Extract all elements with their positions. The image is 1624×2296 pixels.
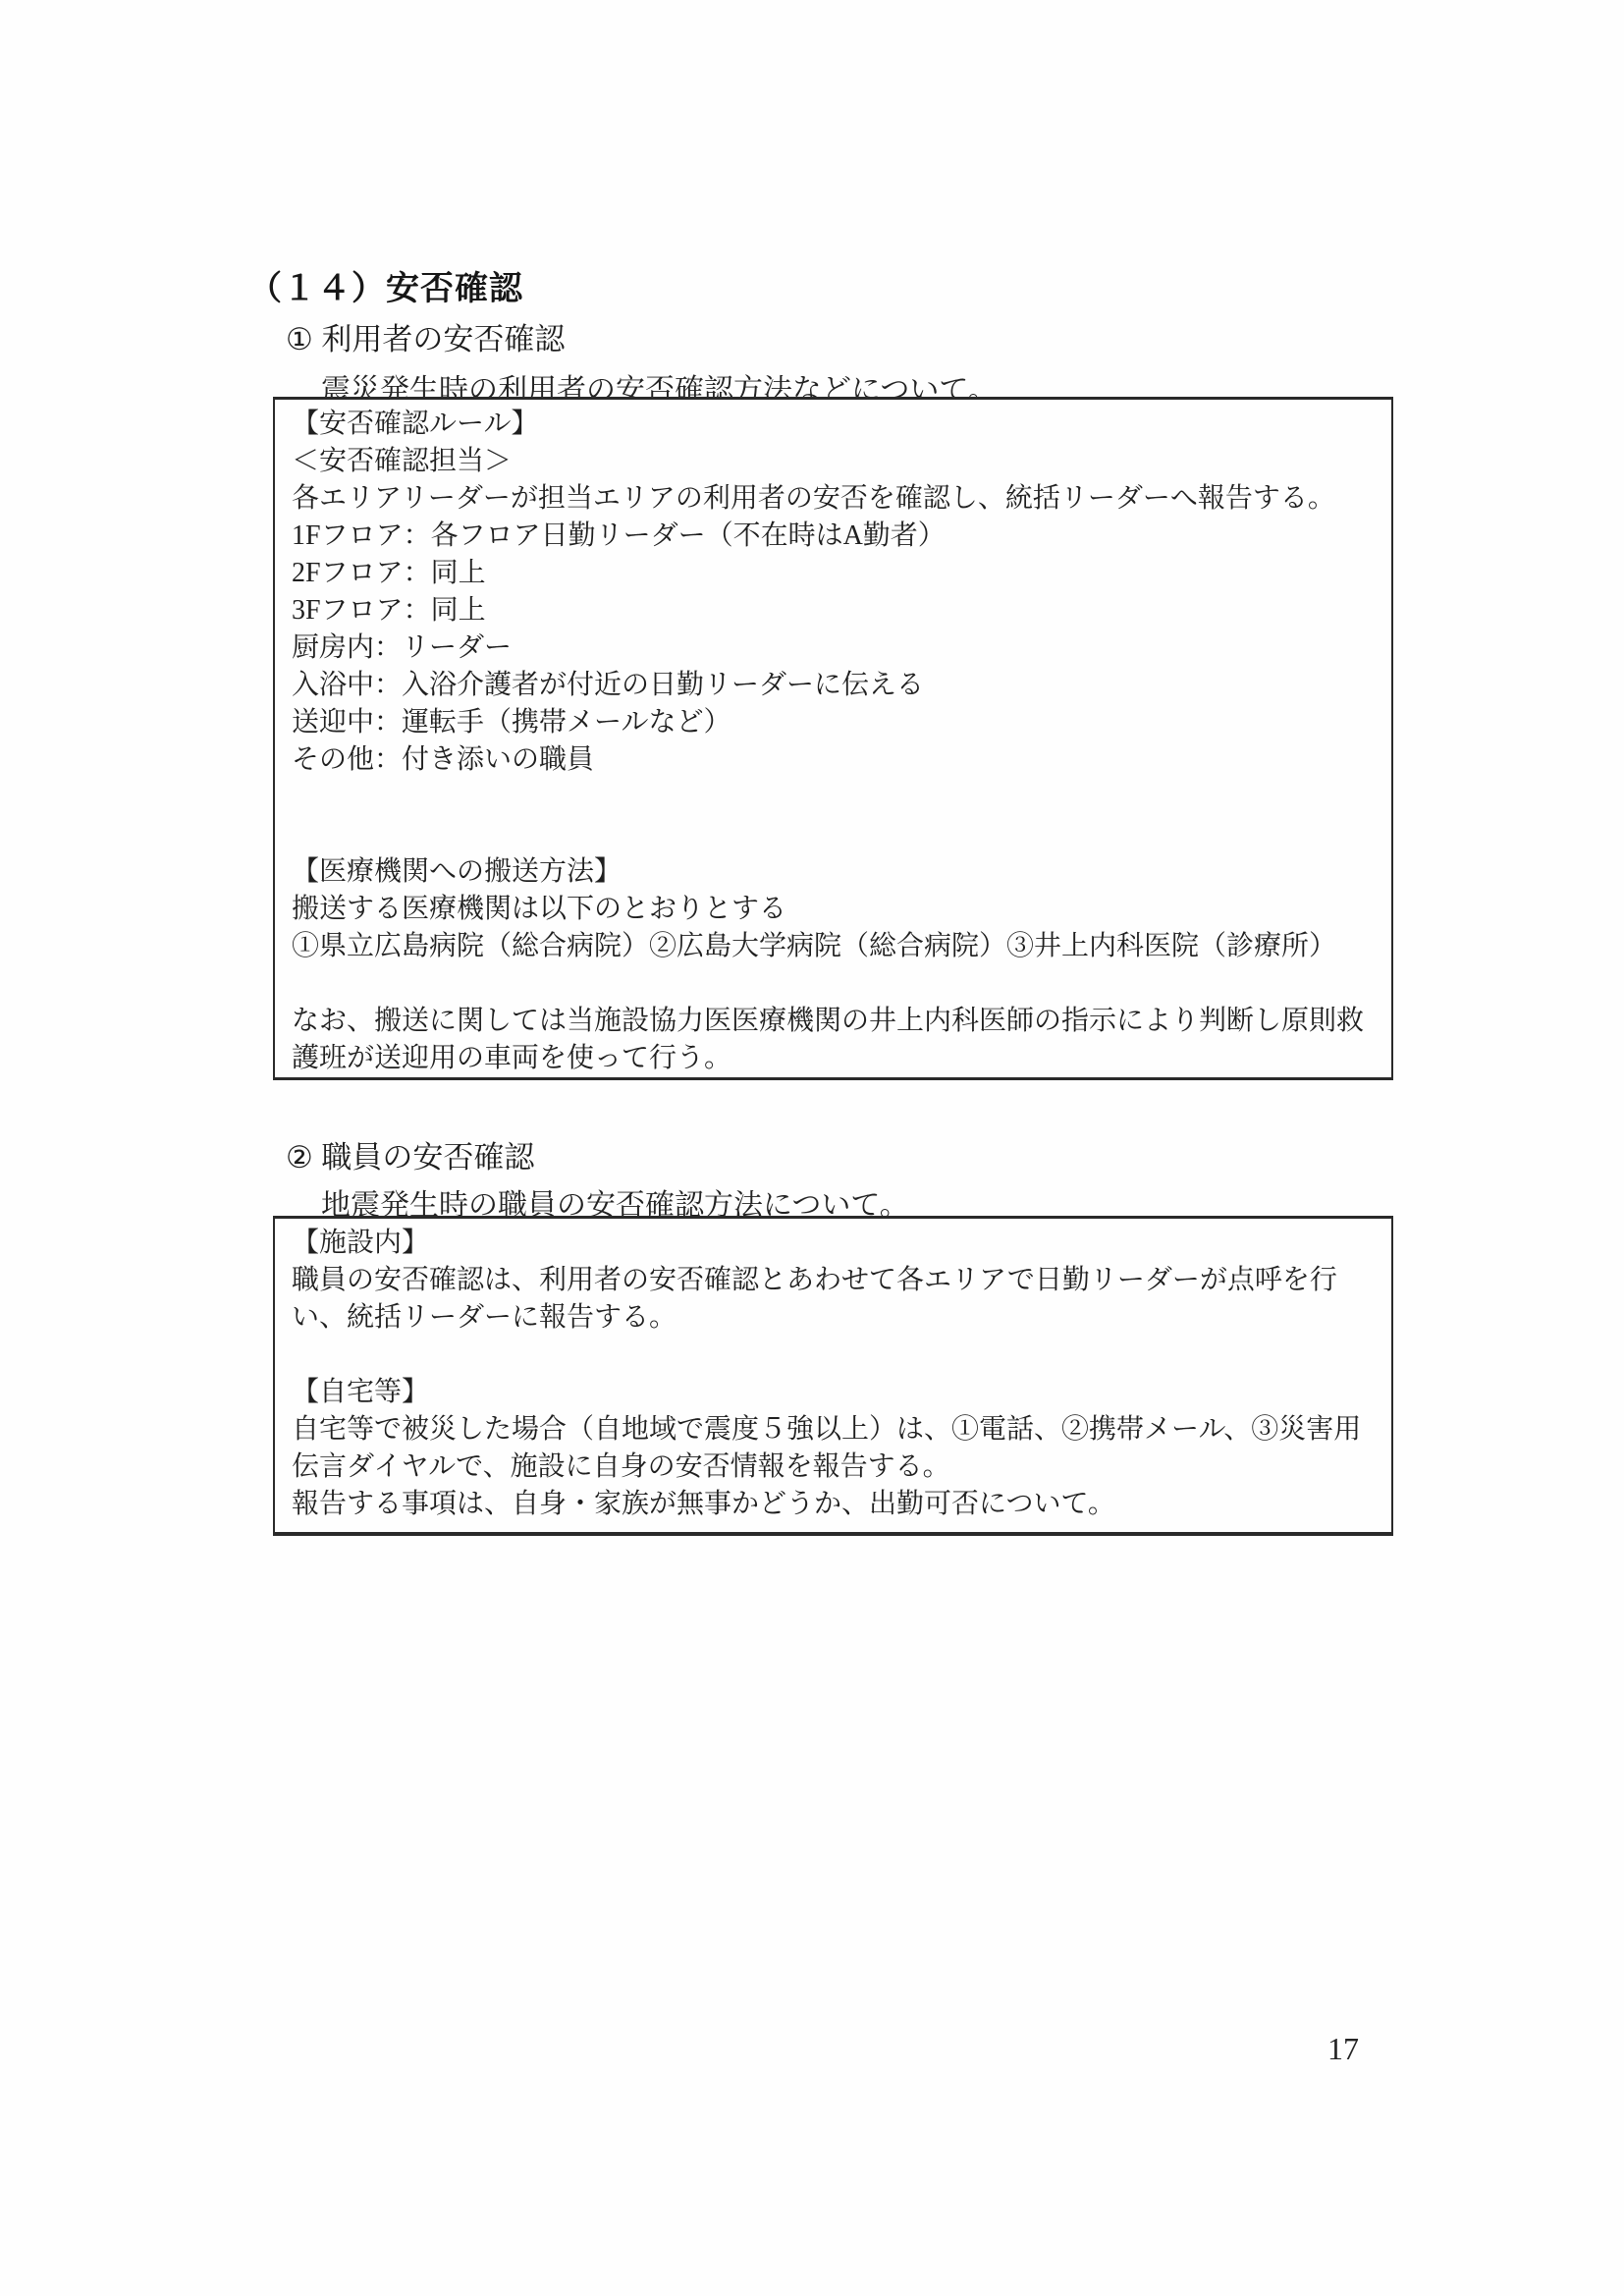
box-line: 【安否確認ルール】 <box>292 406 1375 443</box>
box-line: その他：付き添いの職員 <box>292 741 1375 779</box>
box-line: 【施設内】 <box>292 1225 1375 1262</box>
box-line: 送迎中：運転手（携帯メールなど） <box>292 704 1375 741</box>
staff-safety-confirmation-box: 【施設内】 職員の安否確認は、利用者の安否確認とあわせて各エリアで日勤リーダーが… <box>273 1216 1393 1536</box>
box-line: 報告する事項は、自身・家族が無事かどうか、出勤可否について。 <box>292 1486 1375 1523</box>
box-line: 1Fフロア：各フロア日勤リーダー（不在時はA勤者） <box>292 518 1375 555</box>
box-line: 【自宅等】 <box>292 1374 1375 1411</box>
box-line: 自宅等で被災した場合（自地域で震度５強以上）は、①電話、②携帯メール、③災害用伝… <box>292 1411 1375 1486</box>
box-blank-line <box>292 816 1375 853</box>
page-number: 17 <box>1327 2031 1359 2067</box>
box-line: 各エリアリーダーが担当エリアの利用者の安否を確認し、統括リーダーへ報告する。 <box>292 480 1375 518</box>
document-title: （１４）安否確認 <box>248 261 523 309</box>
box-line: ＜安否確認担当＞ <box>292 443 1375 480</box>
box-line: 職員の安否確認は、利用者の安否確認とあわせて各エリアで日勤リーダーが点呼を行い、… <box>292 1262 1375 1337</box>
subsection-heading-user-safety: ① 利用者の安否確認 <box>286 314 565 358</box>
box-line: なお、搬送に関しては当施設協力医医療機関の井上内科医師の指示により判断し原則救護… <box>292 1003 1375 1077</box>
safety-confirmation-rule-box: 【安否確認ルール】 ＜安否確認担当＞ 各エリアリーダーが担当エリアの利用者の安否… <box>273 397 1393 1080</box>
box-line: 3Fフロア：同上 <box>292 592 1375 629</box>
box-line: 【医療機関への搬送方法】 <box>292 853 1375 891</box>
box-line: 2Fフロア：同上 <box>292 555 1375 592</box>
box-blank-line <box>292 1337 1375 1374</box>
subsection-heading-staff-safety: ② 職員の安否確認 <box>286 1132 534 1176</box>
box-blank-line <box>292 779 1375 816</box>
box-line: 厨房内：リーダー <box>292 629 1375 667</box>
box-line: 搬送する医療機関は以下のとおりとする <box>292 891 1375 928</box>
box-line: 入浴中：入浴介護者が付近の日勤リーダーに伝える <box>292 667 1375 704</box>
box-blank-line <box>292 965 1375 1003</box>
document-page: （１４）安否確認 ① 利用者の安否確認 震災発生時の利用者の安否確認方法などにつ… <box>0 0 1624 2296</box>
box-line: ①県立広島病院（総合病院）②広島大学病院（総合病院）③井上内科医院（診療所） <box>292 928 1375 965</box>
